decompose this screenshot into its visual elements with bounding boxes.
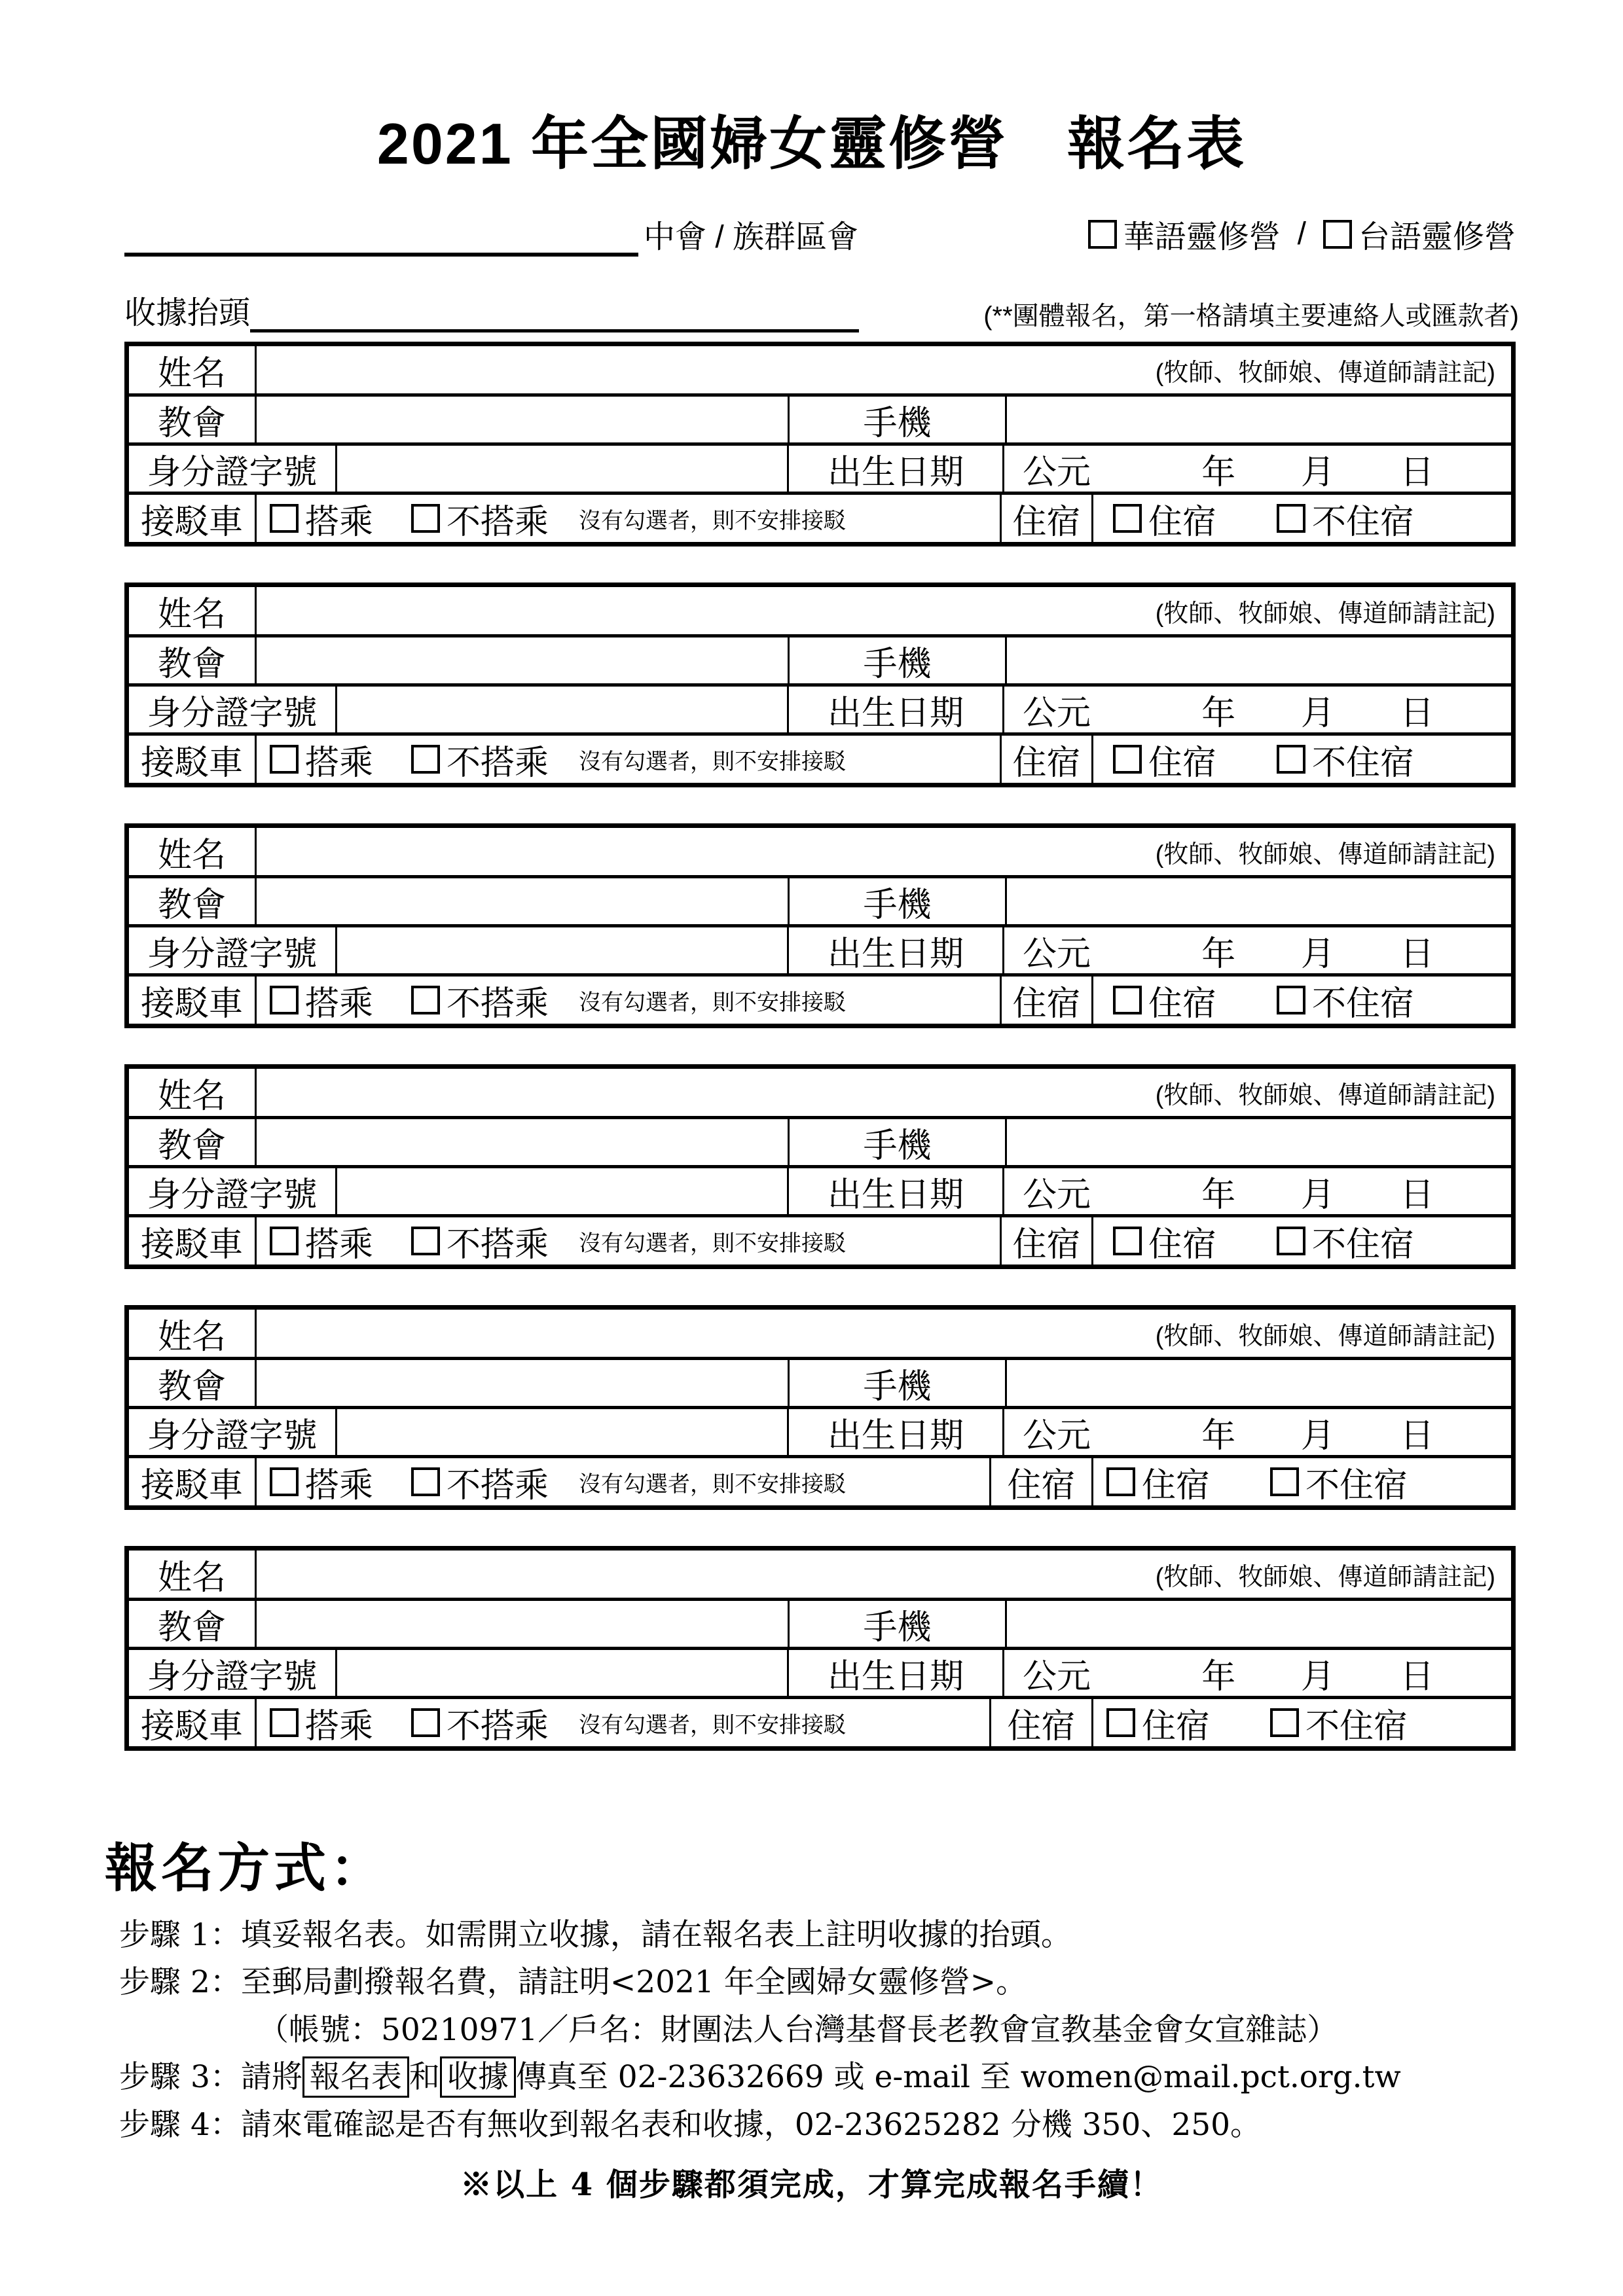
day-label: 日 xyxy=(1400,926,1434,975)
lodging-label: 住宿 xyxy=(1000,495,1091,542)
shuttle-note: 沒有勾選者，則不安排接駁 xyxy=(579,1707,846,1739)
checkbox-lodging-stay-icon[interactable] xyxy=(1106,1467,1135,1496)
checkbox-shuttle-no-ride-icon[interactable] xyxy=(411,1227,440,1255)
name-input-cell[interactable]: (牧師、牧師娘、傳道師請註記) xyxy=(255,1551,1511,1598)
checkbox-shuttle-no-ride-icon[interactable] xyxy=(411,1708,440,1737)
day-label: 日 xyxy=(1400,444,1434,493)
shuttle-label: 接駁車 xyxy=(129,736,255,783)
id-number-label: 身分證字號 xyxy=(129,1168,335,1214)
id-birthdate-row: 身分證字號 出生日期 公元 年 月 日 xyxy=(129,924,1511,973)
name-label: 姓名 xyxy=(129,1310,255,1357)
lodging-no-stay-label: 不住宿 xyxy=(1312,494,1414,543)
shuttle-lodging-row: 接駁車 搭乘 不搭乘 沒有勾選者，則不安排接駁 住宿 住宿 不住宿 xyxy=(129,492,1511,542)
lodging-stay-label: 住宿 xyxy=(1148,735,1216,784)
registration-tables-container: 姓名 (牧師、牧師娘、傳道師請註記) 教會 手機 身分證字號 出生日期 公元 年 xyxy=(124,342,1516,1751)
name-input-cell[interactable]: (牧師、牧師娘、傳道師請註記) xyxy=(255,346,1511,393)
step-2-account-note: （帳號：50210971／戶名：財團法人台灣基督長老教會宣教基金會女宣雜誌） xyxy=(119,2007,1544,2054)
id-number-label: 身分證字號 xyxy=(129,687,335,732)
shuttle-options-cell: 搭乘 不搭乘 沒有勾選者，則不安排接駁 xyxy=(255,736,1000,783)
id-number-label: 身分證字號 xyxy=(129,446,335,492)
shuttle-options-cell: 搭乘 不搭乘 沒有勾選者，則不安排接駁 xyxy=(255,977,1000,1024)
shuttle-no-ride-label: 不搭乘 xyxy=(447,735,549,784)
checkbox-lodging-no-stay-icon[interactable] xyxy=(1277,745,1305,774)
lodging-no-stay-label: 不住宿 xyxy=(1312,1217,1414,1266)
shuttle-options-cell: 搭乘 不搭乘 沒有勾選者，則不安排接駁 xyxy=(255,1458,989,1505)
birthdate-label: 出生日期 xyxy=(787,687,1002,732)
step-3: 步驟 3：請將報名表和收據傳真至 02-23632669 或 e-mail 至 … xyxy=(119,2054,1544,2101)
shuttle-ride-label: 搭乘 xyxy=(305,1698,373,1748)
registration-table-2: 姓名 (牧師、牧師娘、傳道師請註記) 教會 手機 身分證字號 出生日期 公元 年 xyxy=(124,583,1516,787)
name-input-cell[interactable]: (牧師、牧師娘、傳道師請註記) xyxy=(255,1310,1511,1357)
lodging-stay-label: 住宿 xyxy=(1148,976,1216,1025)
name-row: 姓名 (牧師、牧師娘、傳道師請註記) xyxy=(129,1069,1511,1116)
registration-table-1: 姓名 (牧師、牧師娘、傳道師請註記) 教會 手機 身分證字號 出生日期 公元 年 xyxy=(124,342,1516,547)
birthdate-input-cell[interactable]: 公元 年 月 日 xyxy=(1002,1168,1511,1214)
checkbox-shuttle-ride-icon[interactable] xyxy=(270,1467,299,1496)
step-3-suffix: 傳真至 02-23632669 或 e-mail 至 women@mail.pc… xyxy=(516,2059,1401,2095)
registration-steps: 步驟 1：填妥報名表。如需開立收據，請在報名表上註明收據的抬頭。 步驟 2：至郵… xyxy=(119,1912,1544,2149)
step-4: 步驟 4：請來電確認是否有無收到報名表和收據，02-23625282 分機 35… xyxy=(119,2102,1544,2149)
id-number-input-cell[interactable] xyxy=(335,927,787,973)
birthdate-label: 出生日期 xyxy=(787,1650,1002,1696)
year-label: 年 xyxy=(1201,1408,1235,1457)
checkbox-shuttle-no-ride-icon[interactable] xyxy=(411,745,440,774)
presbytery-label: 中會 / 族群區會 xyxy=(644,211,858,257)
id-number-input-cell[interactable] xyxy=(335,446,787,492)
lodging-options-cell: 住宿 不住宿 xyxy=(1091,977,1511,1024)
shuttle-ride-label: 搭乘 xyxy=(305,735,373,784)
group-registration-note: (**團體報名，第一格請填主要連絡人或匯款者) xyxy=(859,295,1519,332)
shuttle-no-ride-label: 不搭乘 xyxy=(447,1698,549,1748)
mobile-input-cell[interactable] xyxy=(1005,1119,1511,1165)
shuttle-no-ride-label: 不搭乘 xyxy=(447,1458,549,1507)
registration-table-5: 姓名 (牧師、牧師娘、傳道師請註記) 教會 手機 身分證字號 出生日期 公元 年 xyxy=(124,1305,1516,1510)
birthdate-input-cell[interactable]: 公元 年 月 日 xyxy=(1002,1650,1511,1696)
era-label: 公元 xyxy=(1023,926,1091,975)
pastor-annotation-note: (牧師、牧師娘、傳道師請註記) xyxy=(1156,834,1495,870)
registration-table-6: 姓名 (牧師、牧師娘、傳道師請註記) 教會 手機 身分證字號 出生日期 公元 年 xyxy=(124,1546,1516,1751)
id-birthdate-row: 身分證字號 出生日期 公元 年 月 日 xyxy=(129,1165,1511,1214)
lodging-options-cell: 住宿 不住宿 xyxy=(1091,1217,1511,1265)
year-label: 年 xyxy=(1201,685,1235,734)
year-label: 年 xyxy=(1201,1649,1235,1698)
year-label: 年 xyxy=(1201,1167,1235,1216)
mobile-label: 手機 xyxy=(788,397,1005,442)
name-input-cell[interactable]: (牧師、牧師娘、傳道師請註記) xyxy=(255,1069,1511,1116)
camp-options-group: 華語靈修營 / 台語靈修營 xyxy=(1088,211,1516,257)
day-label: 日 xyxy=(1400,1408,1434,1457)
lodging-no-stay-label: 不住宿 xyxy=(1312,735,1414,784)
lodging-no-stay-label: 不住宿 xyxy=(1305,1698,1408,1748)
shuttle-no-ride-label: 不搭乘 xyxy=(447,976,549,1025)
mobile-label: 手機 xyxy=(788,637,1005,683)
name-label: 姓名 xyxy=(129,1551,255,1598)
checkbox-taiwanese-camp-icon[interactable] xyxy=(1323,220,1352,249)
lodging-label: 住宿 xyxy=(989,1458,1091,1505)
name-row: 姓名 (牧師、牧師娘、傳道師請註記) xyxy=(129,346,1511,393)
name-row: 姓名 (牧師、牧師娘、傳道師請註記) xyxy=(129,587,1511,634)
month-label: 月 xyxy=(1301,1649,1335,1698)
lodging-no-stay-label: 不住宿 xyxy=(1305,1458,1408,1507)
receipt-title-blank-input[interactable] xyxy=(250,287,859,332)
shuttle-options-cell: 搭乘 不搭乘 沒有勾選者，則不安排接駁 xyxy=(255,495,1000,542)
id-number-label: 身分證字號 xyxy=(129,1409,335,1455)
camp-option-mandarin-label: 華語靈修營 xyxy=(1123,211,1281,257)
mobile-label: 手機 xyxy=(788,1119,1005,1165)
shuttle-lodging-row: 接駁車 搭乘 不搭乘 沒有勾選者，則不安排接駁 住宿 住宿 不住宿 xyxy=(129,1696,1511,1746)
checkbox-shuttle-ride-icon[interactable] xyxy=(270,745,299,774)
era-label: 公元 xyxy=(1023,444,1091,493)
birthdate-label: 出生日期 xyxy=(787,1168,1002,1214)
lodging-stay-label: 住宿 xyxy=(1142,1698,1210,1748)
mobile-label: 手機 xyxy=(788,1360,1005,1406)
church-label: 教會 xyxy=(129,637,255,683)
church-label: 教會 xyxy=(129,1601,255,1647)
id-birthdate-row: 身分證字號 出生日期 公元 年 月 日 xyxy=(129,1406,1511,1455)
month-label: 月 xyxy=(1301,444,1335,493)
birthdate-label: 出生日期 xyxy=(787,927,1002,973)
lodging-label: 住宿 xyxy=(1000,977,1091,1024)
name-label: 姓名 xyxy=(129,828,255,875)
church-input-cell[interactable] xyxy=(255,637,788,683)
registration-method-heading: 報名方式： xyxy=(105,1842,1623,1895)
church-label: 教會 xyxy=(129,878,255,924)
checkbox-mandarin-camp-icon[interactable] xyxy=(1088,220,1117,249)
pastor-annotation-note: (牧師、牧師娘、傳道師請註記) xyxy=(1156,593,1495,629)
church-mobile-row: 教會 手機 xyxy=(129,1357,1511,1406)
id-number-input-cell[interactable] xyxy=(335,1650,787,1696)
checkbox-shuttle-no-ride-icon[interactable] xyxy=(411,1467,440,1496)
id-birthdate-row: 身分證字號 出生日期 公元 年 月 日 xyxy=(129,683,1511,732)
name-row: 姓名 (牧師、牧師娘、傳道師請註記) xyxy=(129,1310,1511,1357)
lodging-options-cell: 住宿 不住宿 xyxy=(1091,495,1511,542)
shuttle-ride-label: 搭乘 xyxy=(305,1458,373,1507)
lodging-stay-label: 住宿 xyxy=(1142,1458,1210,1507)
shuttle-options-cell: 搭乘 不搭乘 沒有勾選者，則不安排接駁 xyxy=(255,1217,1000,1265)
shuttle-no-ride-label: 不搭乘 xyxy=(447,494,549,543)
checkbox-shuttle-no-ride-icon[interactable] xyxy=(411,986,440,1014)
registration-table-4: 姓名 (牧師、牧師娘、傳道師請註記) 教會 手機 身分證字號 出生日期 公元 年 xyxy=(124,1064,1516,1269)
pastor-annotation-note: (牧師、牧師娘、傳道師請註記) xyxy=(1156,1075,1495,1111)
day-label: 日 xyxy=(1400,1649,1434,1698)
checkbox-lodging-stay-icon[interactable] xyxy=(1113,745,1142,774)
name-row: 姓名 (牧師、牧師娘、傳道師請註記) xyxy=(129,828,1511,875)
id-birthdate-row: 身分證字號 出生日期 公元 年 月 日 xyxy=(129,1647,1511,1696)
camp-option-taiwanese-label: 台語靈修營 xyxy=(1359,211,1516,257)
month-label: 月 xyxy=(1301,926,1335,975)
step-2: 步驟 2：至郵局劃撥報名費，請註明<2021 年全國婦女靈修營>。 xyxy=(119,1959,1544,2006)
year-label: 年 xyxy=(1201,926,1235,975)
mobile-input-cell[interactable] xyxy=(1005,878,1511,924)
era-label: 公元 xyxy=(1023,1649,1091,1698)
lodging-options-cell: 住宿 不住宿 xyxy=(1091,1458,1511,1505)
id-number-label: 身分證字號 xyxy=(129,1650,335,1696)
shuttle-ride-label: 搭乘 xyxy=(305,494,373,543)
church-label: 教會 xyxy=(129,397,255,442)
shuttle-label: 接駁車 xyxy=(129,977,255,1024)
presbytery-blank-input[interactable] xyxy=(124,211,638,257)
name-label: 姓名 xyxy=(129,346,255,393)
shuttle-lodging-row: 接駁車 搭乘 不搭乘 沒有勾選者，則不安排接駁 住宿 住宿 不住宿 xyxy=(129,973,1511,1024)
pastor-annotation-note: (牧師、牧師娘、傳道師請註記) xyxy=(1156,352,1495,388)
camp-separator: / xyxy=(1298,216,1306,252)
presbytery-camp-row: 中會 / 族群區會 華語靈修營 / 台語靈修營 xyxy=(124,215,1516,257)
shuttle-note: 沒有勾選者，則不安排接駁 xyxy=(579,984,846,1016)
day-label: 日 xyxy=(1400,1167,1434,1216)
id-birthdate-row: 身分證字號 出生日期 公元 年 月 日 xyxy=(129,442,1511,492)
birthdate-label: 出生日期 xyxy=(787,446,1002,492)
lodging-options-cell: 住宿 不住宿 xyxy=(1091,1699,1511,1746)
step-3-boxed-receipt-word: 收據 xyxy=(440,2056,516,2098)
church-mobile-row: 教會 手機 xyxy=(129,634,1511,683)
checkbox-lodging-stay-icon[interactable] xyxy=(1113,1227,1142,1255)
checkbox-lodging-no-stay-icon[interactable] xyxy=(1277,504,1305,533)
completion-reminder-note: ※以上 4 個步驟都須完成，才算完成報名手續！ xyxy=(0,2159,1623,2204)
shuttle-note: 沒有勾選者，則不安排接駁 xyxy=(579,503,846,535)
church-input-cell[interactable] xyxy=(255,878,788,924)
shuttle-no-ride-label: 不搭乘 xyxy=(447,1217,549,1266)
mobile-label: 手機 xyxy=(788,878,1005,924)
checkbox-shuttle-ride-icon[interactable] xyxy=(270,504,299,533)
church-input-cell[interactable] xyxy=(255,1119,788,1165)
id-number-input-cell[interactable] xyxy=(335,1168,787,1214)
step-3-boxed-form-word: 報名表 xyxy=(302,2056,409,2098)
day-label: 日 xyxy=(1400,685,1434,734)
month-label: 月 xyxy=(1301,1167,1335,1216)
step-3-conjunction: 和 xyxy=(409,2059,440,2095)
shuttle-label: 接駁車 xyxy=(129,1458,255,1505)
registration-table-3: 姓名 (牧師、牧師娘、傳道師請註記) 教會 手機 身分證字號 出生日期 公元 年 xyxy=(124,823,1516,1028)
lodging-options-cell: 住宿 不住宿 xyxy=(1091,736,1511,783)
era-label: 公元 xyxy=(1023,1408,1091,1457)
checkbox-lodging-no-stay-icon[interactable] xyxy=(1277,1227,1305,1255)
birthdate-input-cell[interactable]: 公元 年 月 日 xyxy=(1002,1409,1511,1455)
shuttle-lodging-row: 接駁車 搭乘 不搭乘 沒有勾選者，則不安排接駁 住宿 住宿 不住宿 xyxy=(129,1455,1511,1505)
church-label: 教會 xyxy=(129,1360,255,1406)
name-input-cell[interactable]: (牧師、牧師娘、傳道師請註記) xyxy=(255,587,1511,634)
pastor-annotation-note: (牧師、牧師娘、傳道師請註記) xyxy=(1156,1556,1495,1592)
shuttle-lodging-row: 接駁車 搭乘 不搭乘 沒有勾選者，則不安排接駁 住宿 住宿 不住宿 xyxy=(129,1214,1511,1265)
checkbox-lodging-no-stay-icon[interactable] xyxy=(1277,986,1305,1014)
mobile-input-cell[interactable] xyxy=(1005,637,1511,683)
name-row: 姓名 (牧師、牧師娘、傳道師請註記) xyxy=(129,1551,1511,1598)
church-input-cell[interactable] xyxy=(255,1360,788,1406)
name-input-cell[interactable]: (牧師、牧師娘、傳道師請註記) xyxy=(255,828,1511,875)
step-1: 步驟 1：填妥報名表。如需開立收據，請在報名表上註明收據的抬頭。 xyxy=(119,1912,1544,1959)
checkbox-lodging-no-stay-icon[interactable] xyxy=(1270,1708,1299,1737)
mobile-input-cell[interactable] xyxy=(1005,1601,1511,1647)
birthdate-input-cell[interactable]: 公元 年 月 日 xyxy=(1002,927,1511,973)
birthdate-input-cell[interactable]: 公元 年 月 日 xyxy=(1002,446,1511,492)
checkbox-lodging-stay-icon[interactable] xyxy=(1113,504,1142,533)
receipt-title-label: 收據抬頭 xyxy=(124,287,250,332)
checkbox-shuttle-no-ride-icon[interactable] xyxy=(411,504,440,533)
checkbox-shuttle-ride-icon[interactable] xyxy=(270,1227,299,1255)
shuttle-label: 接駁車 xyxy=(129,495,255,542)
registration-form-page: 2021 年全國婦女靈修營 報名表 中會 / 族群區會 華語靈修營 / 台語靈修… xyxy=(0,0,1623,2296)
name-label: 姓名 xyxy=(129,587,255,634)
receipt-title-row: 收據抬頭 (**團體報名，第一格請填主要連絡人或匯款者) xyxy=(124,291,1519,332)
shuttle-ride-label: 搭乘 xyxy=(305,976,373,1025)
church-input-cell[interactable] xyxy=(255,1601,788,1647)
mobile-label: 手機 xyxy=(788,1601,1005,1647)
checkbox-lodging-stay-icon[interactable] xyxy=(1106,1708,1135,1737)
month-label: 月 xyxy=(1301,685,1335,734)
shuttle-options-cell: 搭乘 不搭乘 沒有勾選者，則不安排接駁 xyxy=(255,1699,989,1746)
era-label: 公元 xyxy=(1023,685,1091,734)
shuttle-label: 接駁車 xyxy=(129,1217,255,1265)
lodging-label: 住宿 xyxy=(989,1699,1091,1746)
birthdate-label: 出生日期 xyxy=(787,1409,1002,1455)
lodging-label: 住宿 xyxy=(1000,736,1091,783)
lodging-stay-label: 住宿 xyxy=(1148,1217,1216,1266)
church-input-cell[interactable] xyxy=(255,397,788,442)
id-number-label: 身分證字號 xyxy=(129,927,335,973)
mobile-input-cell[interactable] xyxy=(1005,397,1511,442)
church-mobile-row: 教會 手機 xyxy=(129,393,1511,442)
shuttle-lodging-row: 接駁車 搭乘 不搭乘 沒有勾選者，則不安排接駁 住宿 住宿 不住宿 xyxy=(129,732,1511,783)
church-mobile-row: 教會 手機 xyxy=(129,875,1511,924)
church-mobile-row: 教會 手機 xyxy=(129,1598,1511,1647)
shuttle-ride-label: 搭乘 xyxy=(305,1217,373,1266)
shuttle-note: 沒有勾選者，則不安排接駁 xyxy=(579,1225,846,1257)
shuttle-note: 沒有勾選者，則不安排接駁 xyxy=(579,744,846,776)
page-title: 2021 年全國婦女靈修營 報名表 xyxy=(0,0,1623,173)
pastor-annotation-note: (牧師、牧師娘、傳道師請註記) xyxy=(1156,1316,1495,1352)
name-label: 姓名 xyxy=(129,1069,255,1116)
checkbox-lodging-no-stay-icon[interactable] xyxy=(1270,1467,1299,1496)
id-number-input-cell[interactable] xyxy=(335,1409,787,1455)
mobile-input-cell[interactable] xyxy=(1005,1360,1511,1406)
id-number-input-cell[interactable] xyxy=(335,687,787,732)
step-3-prefix: 步驟 3：請將 xyxy=(119,2059,302,2095)
church-mobile-row: 教會 手機 xyxy=(129,1116,1511,1165)
shuttle-note: 沒有勾選者，則不安排接駁 xyxy=(579,1466,846,1498)
era-label: 公元 xyxy=(1023,1167,1091,1216)
lodging-label: 住宿 xyxy=(1000,1217,1091,1265)
checkbox-lodging-stay-icon[interactable] xyxy=(1113,986,1142,1014)
checkbox-shuttle-ride-icon[interactable] xyxy=(270,986,299,1014)
month-label: 月 xyxy=(1301,1408,1335,1457)
birthdate-input-cell[interactable]: 公元 年 月 日 xyxy=(1002,687,1511,732)
year-label: 年 xyxy=(1201,444,1235,493)
lodging-stay-label: 住宿 xyxy=(1148,494,1216,543)
church-label: 教會 xyxy=(129,1119,255,1165)
checkbox-shuttle-ride-icon[interactable] xyxy=(270,1708,299,1737)
lodging-no-stay-label: 不住宿 xyxy=(1312,976,1414,1025)
shuttle-label: 接駁車 xyxy=(129,1699,255,1746)
